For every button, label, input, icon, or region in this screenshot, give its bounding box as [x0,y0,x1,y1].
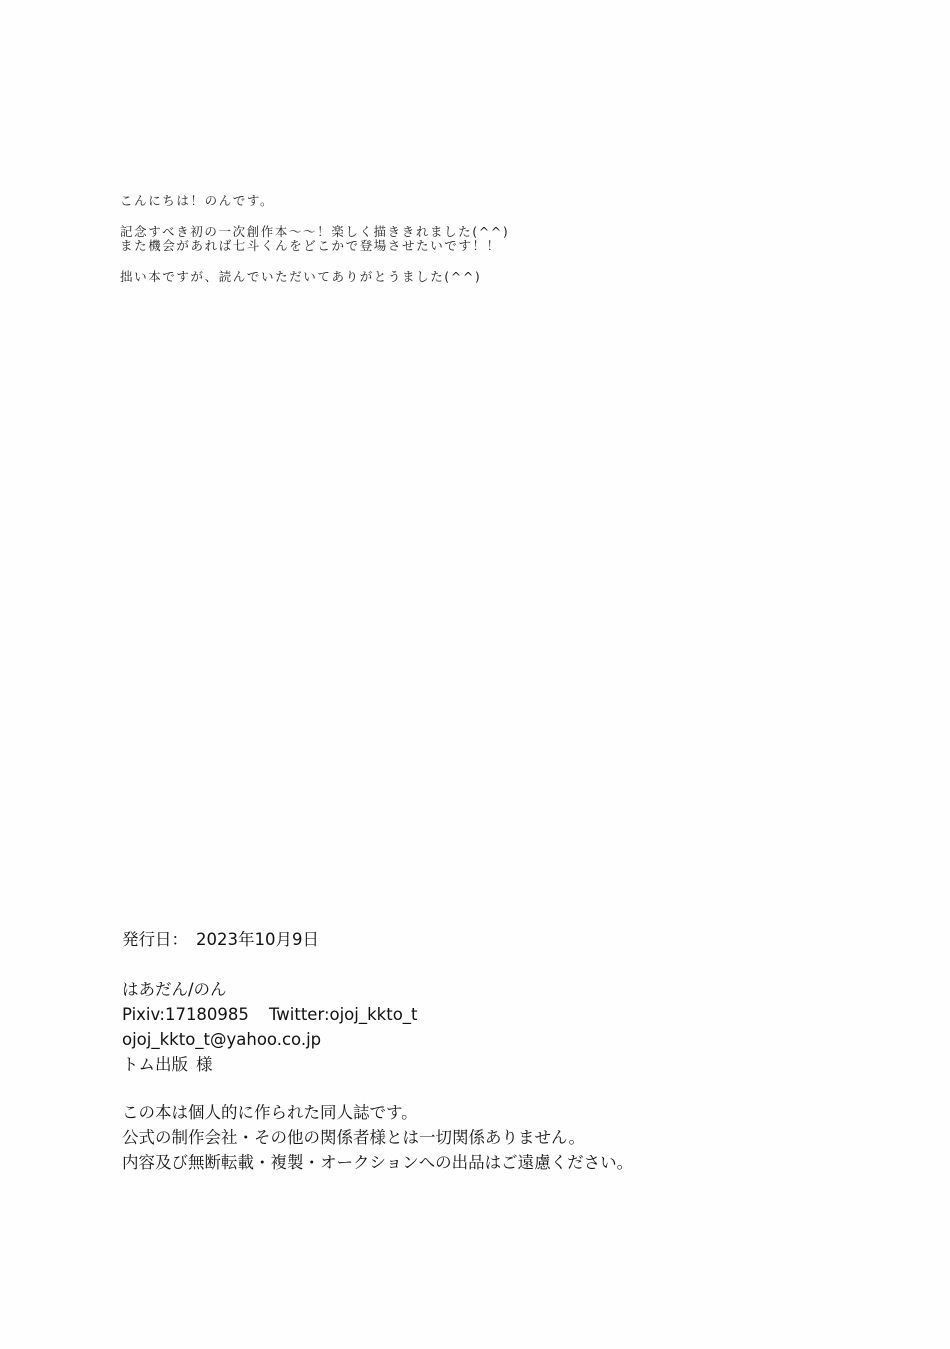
disclaimer-line: 公式の制作会社・その他の関係者様とは一切関係ありません。 [122,1125,633,1150]
colophon-section: 発行日：2023年10月9日 はあだん/のん Pixiv:17180985Twi… [122,927,418,1077]
circle-author: はあだん/のん [122,977,418,1002]
afterword-greeting: こんにちは！のんです。 [120,194,509,208]
printer-honorific: 様 [196,1055,213,1074]
spacer [120,253,509,270]
disclaimer-section: この本は個人的に作られた同人誌です。 公式の制作会社・その他の関係者様とは一切関… [122,1100,633,1175]
issue-date-value: 2023年10月9日 [196,930,319,949]
afterword-section: こんにちは！のんです。 記念すべき初の一次創作本〜〜！楽しく描ききれました(^^… [120,194,509,284]
disclaimer-line: この本は個人的に作られた同人誌です。 [122,1100,633,1125]
social-row: Pixiv:17180985Twitter:ojoj_kkto_t [122,1002,418,1027]
afterword-paragraph-line: また機会があれば七斗くんをどこかで登場させたいです！！ [120,239,509,253]
pixiv-id: Pixiv:17180985 [122,1005,249,1024]
spacer [120,208,509,225]
afterword-paragraph-line: 記念すべき初の一次創作本〜〜！楽しく描ききれました(^^) [120,225,509,239]
email-address: ojoj_kkto_t@yahoo.co.jp [122,1027,418,1052]
issue-date-row: 発行日：2023年10月9日 [122,927,418,952]
book-page: こんにちは！のんです。 記念すべき初の一次創作本〜〜！楽しく描ききれました(^^… [0,0,950,1349]
issue-date-label: 発行日： [122,930,188,949]
afterword-thanks: 拙い本ですが、読んでいただいてありがとうました(^^) [120,270,509,284]
spacer [122,952,418,977]
printer-name: トム出版 [122,1055,188,1074]
printer-row: トム出版様 [122,1052,418,1077]
disclaimer-line: 内容及び無断転載・複製・オークションへの出品はご遠慮ください。 [122,1150,633,1175]
twitter-handle: Twitter:ojoj_kkto_t [269,1005,418,1024]
